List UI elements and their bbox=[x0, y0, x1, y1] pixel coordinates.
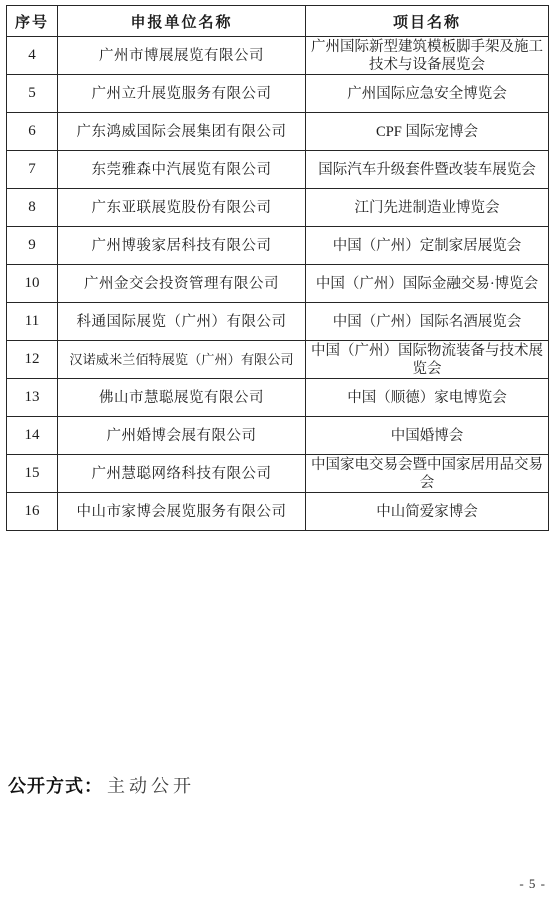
company-cell: 中山市家博会展览服务有限公司 bbox=[58, 493, 306, 531]
serial-cell: 11 bbox=[7, 303, 58, 341]
serial-cell: 7 bbox=[7, 151, 58, 189]
project-cell: 中国婚博会 bbox=[306, 417, 549, 455]
document-page: 序号 申报单位名称 项目名称 4广州市博展展览有限公司广州国际新型建筑模板脚手架… bbox=[0, 0, 558, 907]
company-cell: 广东亚联展览股份有限公司 bbox=[58, 189, 306, 227]
table-row: 8广东亚联展览股份有限公司江门先进制造业博览会 bbox=[7, 189, 549, 227]
serial-cell: 16 bbox=[7, 493, 58, 531]
col-header-serial: 序号 bbox=[7, 6, 58, 37]
company-cell: 汉诺威米兰佰特展览（广州）有限公司 bbox=[58, 341, 306, 379]
serial-cell: 15 bbox=[7, 455, 58, 493]
company-cell: 广州婚博会展有限公司 bbox=[58, 417, 306, 455]
table-row: 5广州立升展览服务有限公司广州国际应急安全博览会 bbox=[7, 75, 549, 113]
table-row: 16中山市家博会展览服务有限公司中山简爱家博会 bbox=[7, 493, 549, 531]
project-cell: 中国家电交易会暨中国家居用品交易会 bbox=[306, 455, 549, 493]
company-cell: 广州慧聪网络科技有限公司 bbox=[58, 455, 306, 493]
company-cell: 广州市博展展览有限公司 bbox=[58, 37, 306, 75]
project-cell: 广州国际应急安全博览会 bbox=[306, 75, 549, 113]
serial-cell: 4 bbox=[7, 37, 58, 75]
serial-cell: 10 bbox=[7, 265, 58, 303]
company-cell: 科通国际展览（广州）有限公司 bbox=[58, 303, 306, 341]
col-header-project: 项目名称 bbox=[306, 6, 549, 37]
project-cell: 中国（广州）国际名酒展览会 bbox=[306, 303, 549, 341]
table-body: 4广州市博展展览有限公司广州国际新型建筑模板脚手架及施工技术与设备展览会5广州立… bbox=[7, 37, 549, 531]
project-cell: 中国（顺德）家电博览会 bbox=[306, 379, 549, 417]
serial-cell: 5 bbox=[7, 75, 58, 113]
project-cell: 中国（广州）国际金融交易·博览会 bbox=[306, 265, 549, 303]
header-row: 序号 申报单位名称 项目名称 bbox=[7, 6, 549, 37]
table-header: 序号 申报单位名称 项目名称 bbox=[7, 6, 549, 37]
disclosure-method-value: 主动公开 bbox=[107, 776, 195, 796]
serial-cell: 6 bbox=[7, 113, 58, 151]
company-cell: 佛山市慧聪展览有限公司 bbox=[58, 379, 306, 417]
serial-cell: 14 bbox=[7, 417, 58, 455]
table-row: 6广东鸿威国际会展集团有限公司CPF 国际宠博会 bbox=[7, 113, 549, 151]
disclosure-table: 序号 申报单位名称 项目名称 4广州市博展展览有限公司广州国际新型建筑模板脚手架… bbox=[6, 5, 549, 531]
table-row: 14广州婚博会展有限公司中国婚博会 bbox=[7, 417, 549, 455]
table-row: 12汉诺威米兰佰特展览（广州）有限公司中国（广州）国际物流装备与技术展览会 bbox=[7, 341, 549, 379]
project-cell: 中国（广州）国际物流装备与技术展览会 bbox=[306, 341, 549, 379]
company-cell: 东莞雅森中汽展览有限公司 bbox=[58, 151, 306, 189]
table-row: 13佛山市慧聪展览有限公司中国（顺德）家电博览会 bbox=[7, 379, 549, 417]
company-cell: 广州金交会投资管理有限公司 bbox=[58, 265, 306, 303]
project-cell: 国际汽车升级套件暨改装车展览会 bbox=[306, 151, 549, 189]
table-row: 9广州博骏家居科技有限公司中国（广州）定制家居展览会 bbox=[7, 227, 549, 265]
table-row: 15广州慧聪网络科技有限公司中国家电交易会暨中国家居用品交易会 bbox=[7, 455, 549, 493]
serial-cell: 8 bbox=[7, 189, 58, 227]
project-cell: CPF 国际宠博会 bbox=[306, 113, 549, 151]
table-row: 10广州金交会投资管理有限公司中国（广州）国际金融交易·博览会 bbox=[7, 265, 549, 303]
page-number: - 5 - bbox=[519, 876, 546, 892]
table-row: 4广州市博展展览有限公司广州国际新型建筑模板脚手架及施工技术与设备展览会 bbox=[7, 37, 549, 75]
company-cell: 广州博骏家居科技有限公司 bbox=[58, 227, 306, 265]
project-cell: 中国（广州）定制家居展览会 bbox=[306, 227, 549, 265]
disclosure-method-label: 公开方式： bbox=[8, 776, 103, 796]
disclosure-method-line: 公开方式：主动公开 bbox=[8, 772, 195, 798]
serial-cell: 13 bbox=[7, 379, 58, 417]
company-cell: 广州立升展览服务有限公司 bbox=[58, 75, 306, 113]
project-cell: 广州国际新型建筑模板脚手架及施工技术与设备展览会 bbox=[306, 37, 549, 75]
table-row: 11科通国际展览（广州）有限公司中国（广州）国际名酒展览会 bbox=[7, 303, 549, 341]
company-cell: 广东鸿威国际会展集团有限公司 bbox=[58, 113, 306, 151]
table-row: 7东莞雅森中汽展览有限公司国际汽车升级套件暨改装车展览会 bbox=[7, 151, 549, 189]
project-cell: 中山简爱家博会 bbox=[306, 493, 549, 531]
serial-cell: 12 bbox=[7, 341, 58, 379]
serial-cell: 9 bbox=[7, 227, 58, 265]
col-header-company: 申报单位名称 bbox=[58, 6, 306, 37]
project-cell: 江门先进制造业博览会 bbox=[306, 189, 549, 227]
